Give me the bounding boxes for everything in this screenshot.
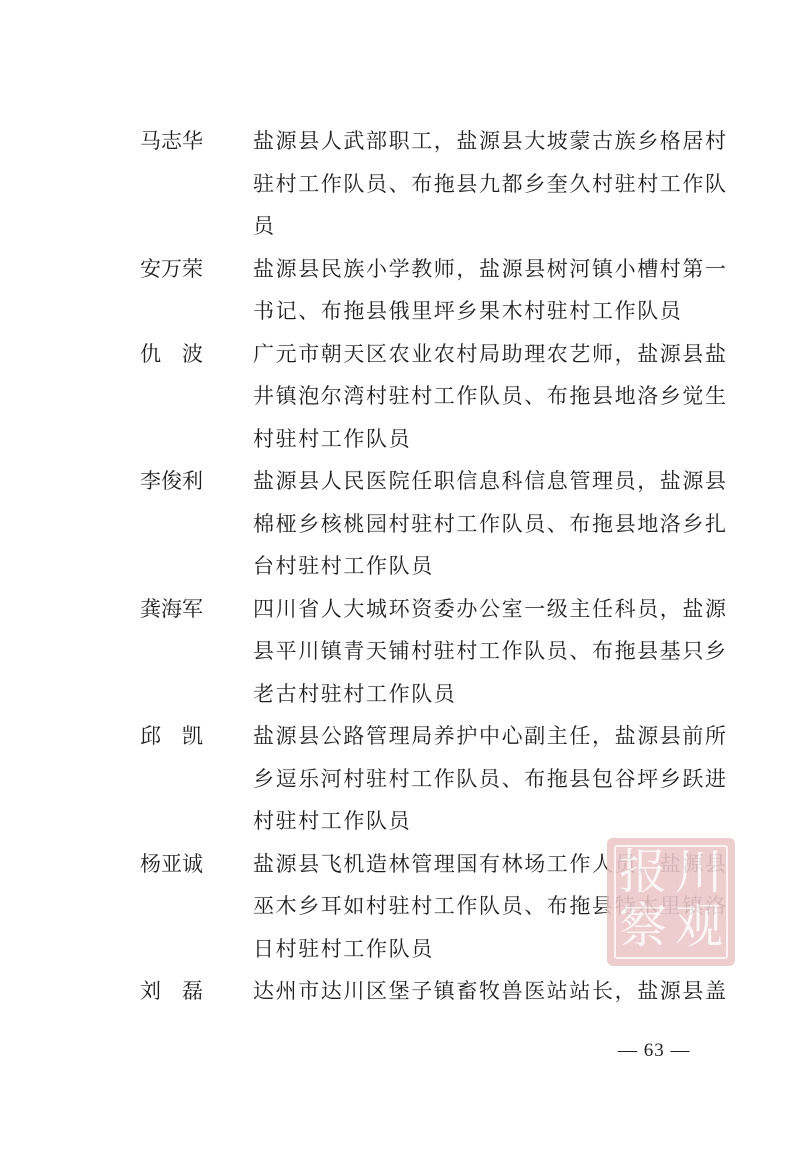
list-item: 马志华 盐源县人武部职工，盐源县大坡蒙古族乡格居村 驻村工作队员、布拖县九都乡奎…: [140, 120, 720, 248]
person-description: 达州市达川区堡子镇畜牧兽医站站长，盐源县盖: [253, 970, 720, 1013]
stamp-char: 报: [617, 846, 669, 898]
person-name: 李俊利: [140, 460, 253, 503]
list-item: 邱 凯 盐源县公路管理局养护中心副主任，盐源县前所 乡逗乐河村驻村工作队员、布拖…: [140, 715, 720, 843]
list-item: 安万荣 盐源县民族小学教师，盐源县树河镇小槽村第一 书记、布拖县俄里坪乡果木村驻…: [140, 248, 720, 333]
watermark-stamp-icon: 川 报 观 察: [607, 838, 735, 966]
person-description: 盐源县人民医院任职信息科信息管理员，盐源县 棉桠乡核桃园村驻村工作队员、布拖县地…: [253, 460, 720, 588]
description-line: 盐源县民族小学教师，盐源县树河镇小槽村第一: [253, 248, 720, 291]
person-description: 广元市朝天区农业农村局助理农艺师，盐源县盐 井镇泡尔湾村驻村工作队员、布拖县地洛…: [253, 333, 720, 461]
person-name: 邱 凯: [140, 715, 253, 758]
description-line: 县平川镇青天铺村驻村工作队员、布拖县基只乡: [253, 630, 720, 673]
document-page: 马志华 盐源县人武部职工，盐源县大坡蒙古族乡格居村 驻村工作队员、布拖县九都乡奎…: [0, 0, 800, 1162]
person-name: 仇 波: [140, 333, 253, 376]
stamp-char: 察: [617, 900, 669, 952]
description-line: 老古村驻村工作队员: [253, 673, 720, 716]
description-line: 驻村工作队员、布拖县九都乡奎久村驻村工作队: [253, 163, 720, 206]
description-line: 员: [253, 205, 720, 248]
person-name: 杨亚诚: [140, 843, 253, 886]
list-item: 仇 波 广元市朝天区农业农村局助理农艺师，盐源县盐 井镇泡尔湾村驻村工作队员、布…: [140, 333, 720, 461]
person-name: 刘 磊: [140, 970, 253, 1013]
description-line: 达州市达川区堡子镇畜牧兽医站站长，盐源县盖: [253, 970, 720, 1013]
person-name: 马志华: [140, 120, 253, 163]
list-item: 李俊利 盐源县人民医院任职信息科信息管理员，盐源县 棉桠乡核桃园村驻村工作队员、…: [140, 460, 720, 588]
person-name: 龚海军: [140, 588, 253, 631]
description-line: 村驻村工作队员: [253, 800, 720, 843]
description-line: 井镇泡尔湾村驻村工作队员、布拖县地洛乡觉生: [253, 375, 720, 418]
description-line: 四川省人大城环资委办公室一级主任科员，盐源: [253, 588, 720, 631]
description-line: 棉桠乡核桃园村驻村工作队员、布拖县地洛乡扎: [253, 503, 720, 546]
description-line: 盐源县公路管理局养护中心副主任，盐源县前所: [253, 715, 720, 758]
stamp-char: 川: [673, 846, 725, 898]
person-description: 四川省人大城环资委办公室一级主任科员，盐源 县平川镇青天铺村驻村工作队员、布拖县…: [253, 588, 720, 716]
page-number: — 63 —: [618, 1040, 691, 1062]
person-name: 安万荣: [140, 248, 253, 291]
person-description: 盐源县公路管理局养护中心副主任，盐源县前所 乡逗乐河村驻村工作队员、布拖县包谷坪…: [253, 715, 720, 843]
description-line: 盐源县人民医院任职信息科信息管理员，盐源县: [253, 460, 720, 503]
description-line: 村驻村工作队员: [253, 418, 720, 461]
description-line: 广元市朝天区农业农村局助理农艺师，盐源县盐: [253, 333, 720, 376]
description-line: 台村驻村工作队员: [253, 545, 720, 588]
person-description: 盐源县人武部职工，盐源县大坡蒙古族乡格居村 驻村工作队员、布拖县九都乡奎久村驻村…: [253, 120, 720, 248]
description-line: 书记、布拖县俄里坪乡果木村驻村工作队员: [253, 290, 720, 333]
description-line: 乡逗乐河村驻村工作队员、布拖县包谷坪乡跃进: [253, 758, 720, 801]
list-item: 龚海军 四川省人大城环资委办公室一级主任科员，盐源 县平川镇青天铺村驻村工作队员…: [140, 588, 720, 716]
description-line: 盐源县人武部职工，盐源县大坡蒙古族乡格居村: [253, 120, 720, 163]
person-description: 盐源县民族小学教师，盐源县树河镇小槽村第一 书记、布拖县俄里坪乡果木村驻村工作队…: [253, 248, 720, 333]
stamp-char: 观: [673, 900, 725, 952]
list-item: 刘 磊 达州市达川区堡子镇畜牧兽医站站长，盐源县盖: [140, 970, 720, 1013]
